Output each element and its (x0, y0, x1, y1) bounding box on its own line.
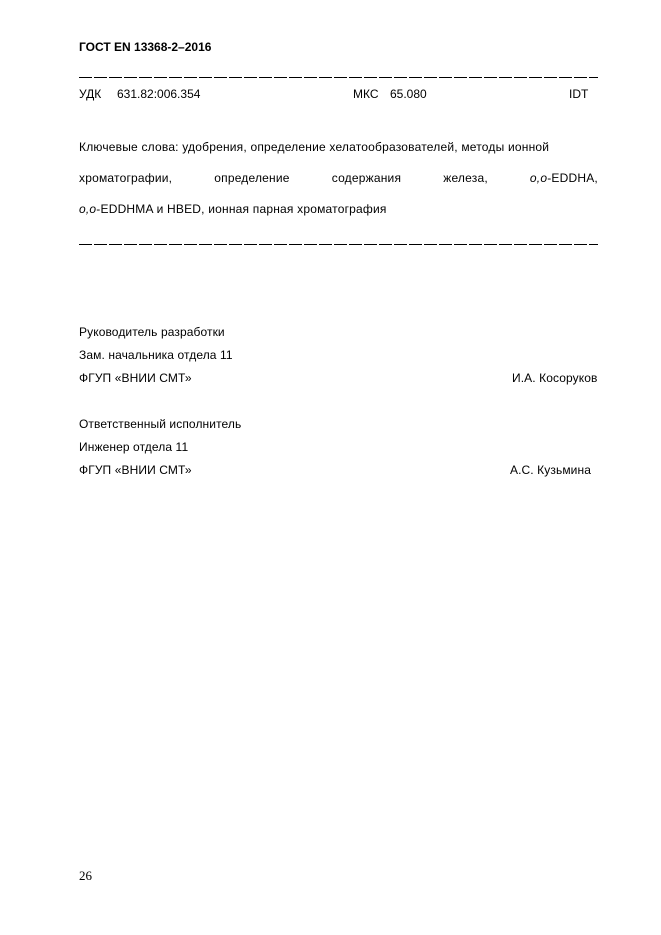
mks-label: МКС (353, 87, 379, 101)
signature-1-organization: ФГУП «ВНИИ СМТ» (79, 371, 192, 385)
keywords-line-3: o,o-EDDHMA и HBED, ионная парная хромато… (79, 202, 598, 218)
udk-label: УДК (79, 87, 101, 101)
keyword-suffix: -EDDHA, (547, 171, 598, 185)
signature-1-name: И.А. Косоруков (512, 371, 597, 385)
top-divider (79, 77, 598, 78)
keywords-line-1: Ключевые слова: удобрения, определение х… (79, 140, 598, 156)
udk-value: 631.82:006.354 (117, 87, 200, 101)
page-number: 26 (79, 868, 92, 884)
signature-2-name: А.С. Кузьмина (510, 463, 591, 477)
signature-1-position: Зам. начальника отдела 11 (79, 348, 233, 362)
signature-1-role: Руководитель разработки (79, 325, 225, 339)
keywords-line-2: хроматографии, определение содержания же… (79, 171, 598, 187)
standard-code-header: ГОСТ EN 13368-2–2016 (79, 40, 211, 54)
keyword-italic-prefix: o,o (530, 171, 547, 185)
keyword-word: определение (214, 171, 289, 187)
keyword-eddha: o,o-EDDHA, (530, 171, 598, 187)
keyword-word: содержания (332, 171, 401, 187)
keyword-word: железа, (443, 171, 488, 187)
idt-marker: IDT (569, 87, 588, 101)
signature-2-role: Ответственный исполнитель (79, 417, 241, 431)
bottom-divider (79, 244, 598, 245)
signature-2-organization: ФГУП «ВНИИ СМТ» (79, 463, 192, 477)
keyword-word: хроматографии, (79, 171, 172, 187)
keyword-italic-prefix: o,o (79, 202, 96, 216)
mks-value: 65.080 (390, 87, 427, 101)
keyword-suffix: -EDDHMA и HBED, ионная парная хроматогра… (96, 202, 386, 216)
signature-2-position: Инженер отдела 11 (79, 440, 188, 454)
